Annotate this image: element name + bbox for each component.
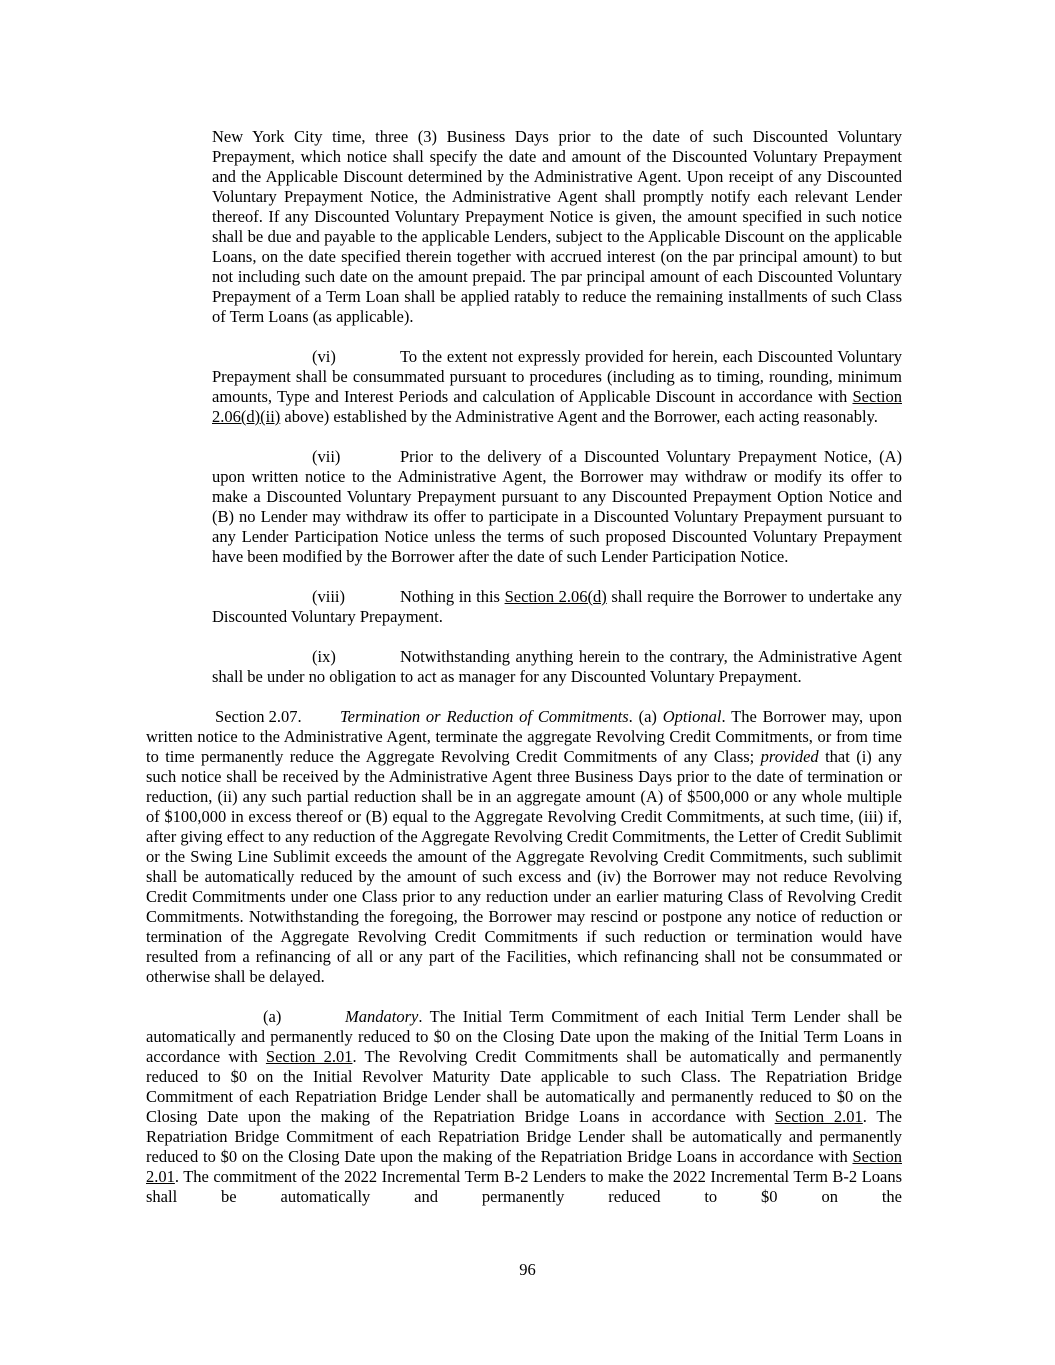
list-marker-viii: (viii) (312, 587, 400, 607)
list-marker-vii: (vii) (312, 447, 400, 467)
paragraph-vii: (vii)Prior to the delivery of a Discount… (212, 447, 902, 567)
section-ref-2-01-first: Section 2.01 (266, 1047, 353, 1066)
page-content: New York City time, three (3) Business D… (146, 127, 902, 1207)
list-marker-vi: (vi) (312, 347, 400, 367)
paragraph-text: . (a) (629, 707, 663, 726)
section-2-07-title: Termination or Reduction of Commitments (340, 707, 629, 726)
list-marker-ix: (ix) (312, 647, 400, 667)
paragraph-vi: (vi)To the extent not expressly provided… (212, 347, 902, 427)
paragraph-ix: (ix)Notwithstanding anything herein to t… (212, 647, 902, 687)
list-marker-a: (a) (263, 1007, 345, 1027)
section-ref-2-06-d: Section 2.06(d) (505, 587, 607, 606)
paragraph-continuation: New York City time, three (3) Business D… (212, 127, 902, 327)
paragraph-text: that (i) any such notice shall be receiv… (146, 747, 902, 986)
paragraph-viii: (viii)Nothing in this Section 2.06(d) sh… (212, 587, 902, 627)
paragraph-section-2-07: Section 2.07.Termination or Reduction of… (146, 707, 902, 987)
paragraph-mandatory: (a)Mandatory. The Initial Term Commitmen… (146, 1007, 902, 1207)
provided-label: provided (761, 747, 819, 766)
section-2-07-heading: Section 2.07. (215, 707, 340, 727)
paragraph-text: . The commitment of the 2022 Incremental… (146, 1167, 902, 1206)
page-number: 96 (0, 1260, 1055, 1280)
paragraph-text: above) established by the Administrative… (280, 407, 878, 426)
mandatory-label: Mandatory (345, 1007, 418, 1026)
optional-label: Optional (663, 707, 722, 726)
section-ref-2-01-second: Section 2.01 (775, 1107, 863, 1126)
paragraph-text: New York City time, three (3) Business D… (212, 127, 902, 326)
document-page: New York City time, three (3) Business D… (0, 0, 1055, 1365)
paragraph-text: Nothing in this (400, 587, 505, 606)
